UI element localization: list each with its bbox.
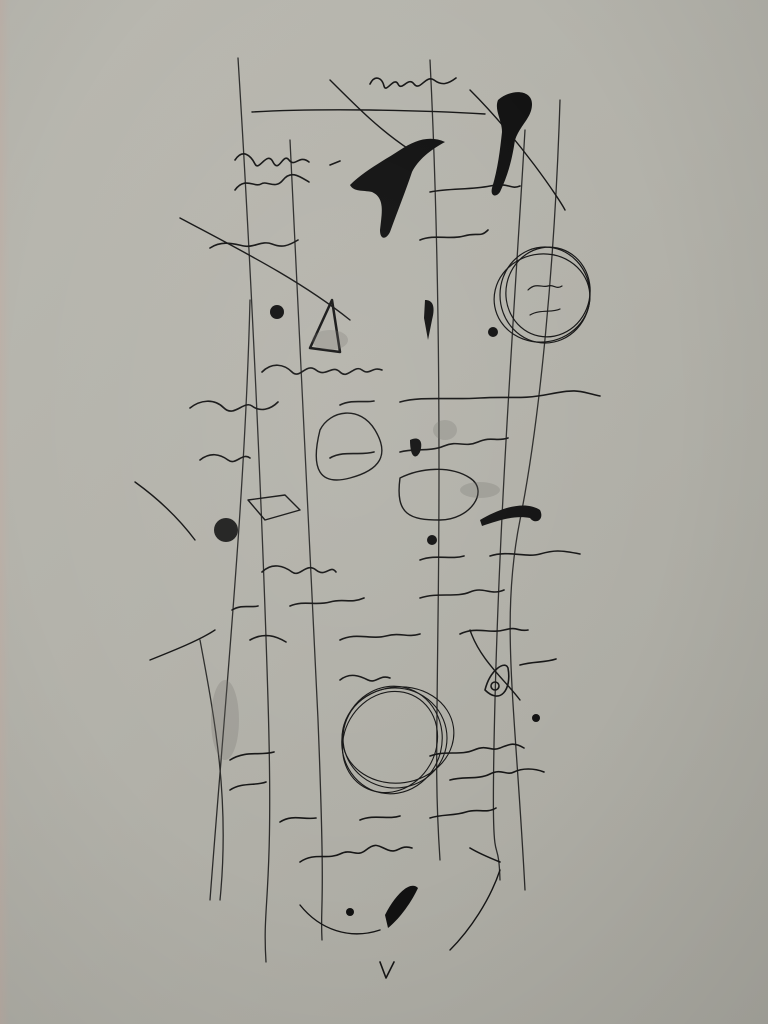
lighting-vignette [0, 0, 768, 1024]
photograph: Illegible cursive-like ink script with s… [0, 0, 768, 1024]
